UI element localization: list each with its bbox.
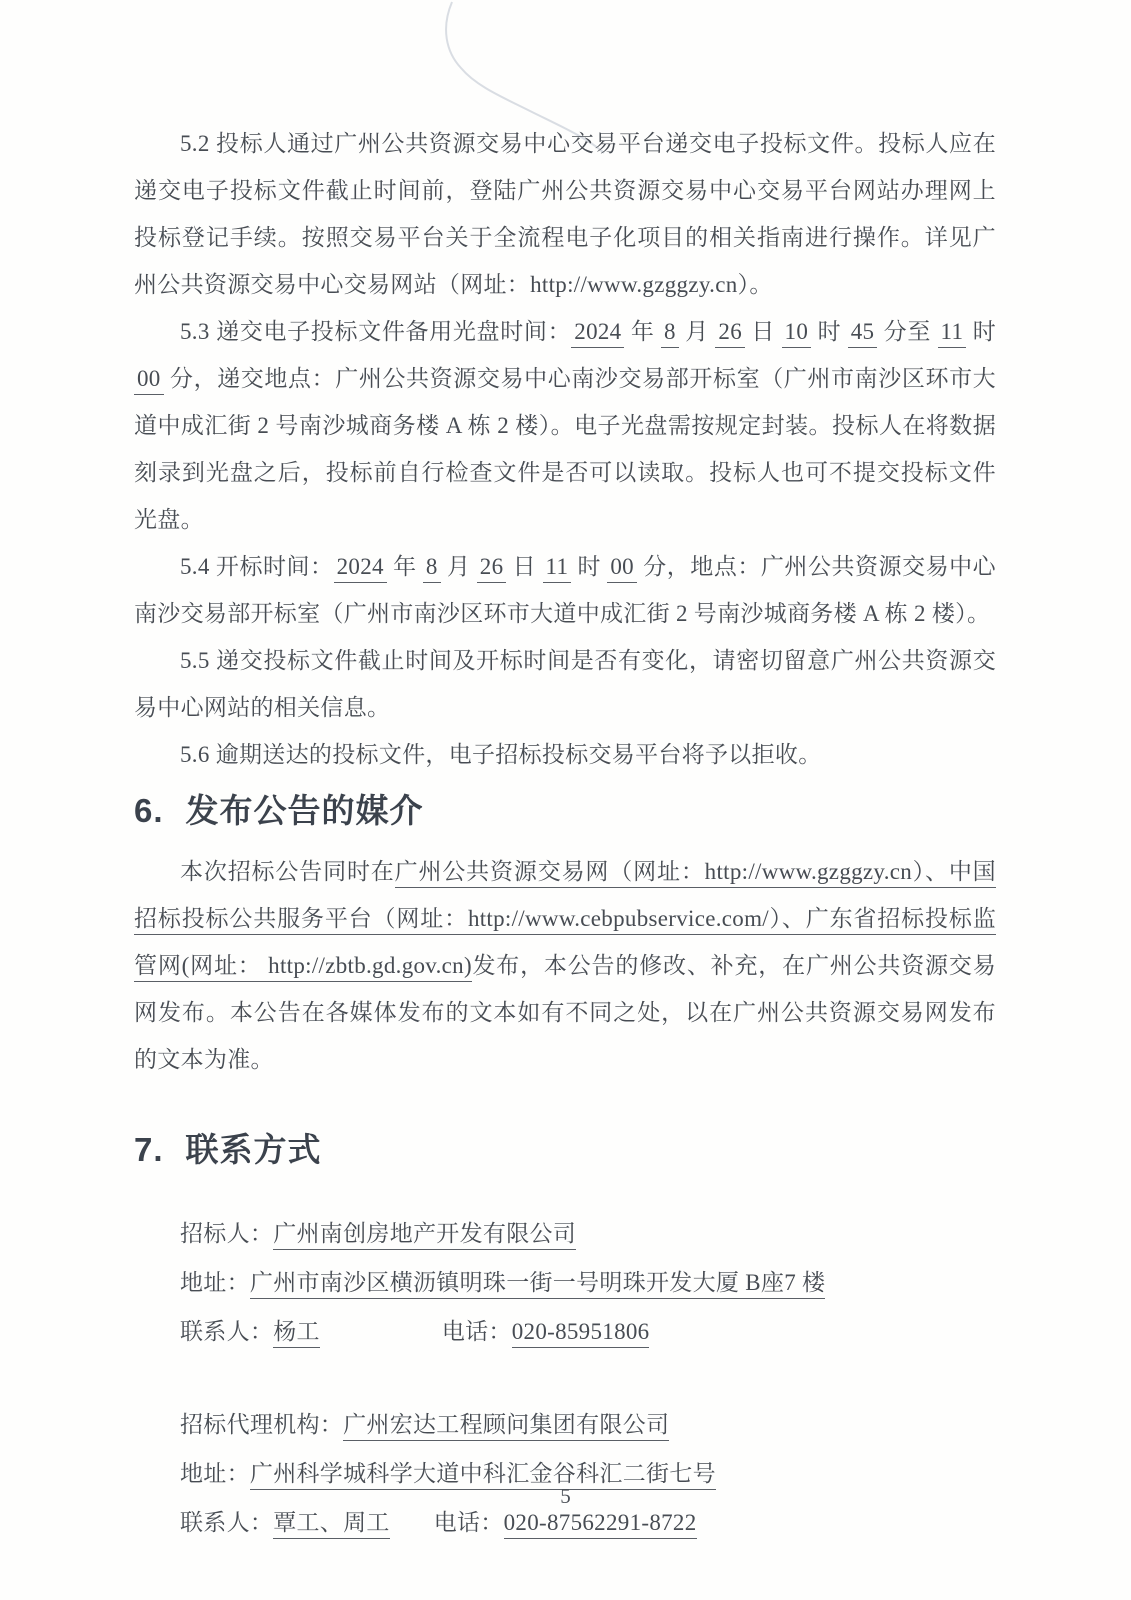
paragraph-5-3: 5.3 递交电子投标文件备用光盘时间：2024 年 8 月 26 日 10 时 …	[134, 308, 996, 543]
text-run: 5.5 递交投标文件截止时间及开标时间是否有变化，请密切留意广州公共资源交易中心…	[134, 648, 996, 720]
agency-name: 广州宏达工程顾问集团有限公司	[343, 1412, 669, 1441]
text-run: 年	[387, 554, 423, 579]
underlined-hour-end: 11	[938, 319, 967, 348]
document-content: 5.2 投标人通过广州公共资源交易中心交易平台递交电子投标文件。投标人应在递交电…	[134, 120, 996, 1547]
underlined-minute-end: 00	[134, 366, 164, 395]
section-7-heading: 7.联系方式	[134, 1127, 996, 1173]
tenderer-contact-block: 招标人：广州南创房地产开发有限公司 地址：广州市南沙区横沥镇明珠一街一号明珠开发…	[134, 1209, 996, 1356]
underlined-year: 2024	[334, 554, 387, 583]
text-run: 月	[679, 319, 716, 344]
contact-person-label: 联系人：	[180, 1319, 273, 1344]
text-run: 5.2 投标人通过广州公共资源交易中心交易平台递交电子投标文件。投标人应在递交电…	[134, 131, 996, 297]
underlined-day: 26	[715, 319, 745, 348]
section-6-heading: 6.发布公告的媒介	[134, 788, 996, 834]
text-run: 日	[745, 319, 782, 344]
paragraph-5-5: 5.5 递交投标文件截止时间及开标时间是否有变化，请密切留意广州公共资源交易中心…	[134, 637, 996, 731]
scanned-document-page: 5.2 投标人通过广州公共资源交易中心交易平台递交电子投标文件。投标人应在递交电…	[0, 0, 1131, 1600]
paragraph-5-6: 5.6 逾期送达的投标文件，电子招标投标交易平台将予以拒收。	[134, 731, 996, 778]
text-run: 分至	[877, 319, 937, 344]
text-run: 月	[441, 554, 477, 579]
text-run: 日	[506, 554, 542, 579]
tenderer-contact-person: 杨工	[273, 1319, 320, 1348]
section-6-title: 发布公告的媒介	[186, 792, 424, 829]
agency-phone-number: 020-87562291-8722	[504, 1510, 697, 1539]
tenderer-name: 广州南创房地产开发有限公司	[273, 1221, 576, 1250]
text-run: 分，递交地点：广州公共资源交易中心南沙交易部开标室（广州市南沙区环市大道中成汇街…	[134, 366, 996, 532]
underlined-day: 26	[477, 554, 507, 583]
text-run: 时	[966, 319, 996, 344]
tenderer-address: 广州市南沙区横沥镇明珠一街一号明珠开发大厦 B座7 楼	[250, 1270, 825, 1299]
tenderer-contact-row: 联系人：杨工电话：020-85951806	[180, 1307, 996, 1356]
phone-label: 电话：	[434, 1510, 504, 1535]
underlined-hour-start: 10	[782, 319, 812, 348]
section-7-number: 7.	[134, 1131, 164, 1168]
text-run: 时	[811, 319, 848, 344]
section-7-title: 联系方式	[186, 1131, 322, 1168]
text-run: 年	[624, 319, 661, 344]
contact-person-label: 联系人：	[180, 1510, 273, 1535]
underlined-month: 8	[423, 554, 441, 583]
agency-contact-persons: 覃工、周工	[273, 1510, 390, 1539]
underlined-year: 2024	[571, 319, 624, 348]
address-label: 地址：	[180, 1270, 250, 1295]
paragraph-6: 本次招标公告同时在广州公共资源交易网（网址：http://www.gzggzy.…	[134, 848, 996, 1083]
section-6-number: 6.	[134, 792, 164, 829]
underlined-month: 8	[661, 319, 679, 348]
text-run: 时	[571, 554, 607, 579]
tenderer-label: 招标人：	[180, 1221, 273, 1246]
agency-name-row: 招标代理机构：广州宏达工程顾问集团有限公司	[180, 1400, 996, 1449]
agency-contact-block: 招标代理机构：广州宏达工程顾问集团有限公司 地址：广州科学城科学大道中科汇金谷科…	[134, 1400, 996, 1547]
page-number: 5	[0, 1484, 1131, 1509]
text-run: 本次招标公告同时在	[180, 859, 395, 884]
tenderer-phone-number: 020-85951806	[512, 1319, 650, 1348]
tenderer-name-row: 招标人：广州南创房地产开发有限公司	[180, 1209, 996, 1258]
underlined-minute-start: 45	[848, 319, 878, 348]
phone-label: 电话：	[442, 1319, 512, 1344]
text-run: 5.6 逾期送达的投标文件，电子招标投标交易平台将予以拒收。	[180, 742, 822, 767]
paragraph-5-2: 5.2 投标人通过广州公共资源交易中心交易平台递交电子投标文件。投标人应在递交电…	[134, 120, 996, 308]
agency-label: 招标代理机构：	[180, 1412, 343, 1437]
paragraph-5-4: 5.4 开标时间：2024 年 8 月 26 日 11 时 00 分，地点：广州…	[134, 543, 996, 637]
underlined-minute: 00	[607, 554, 637, 583]
text-run: 5.3 递交电子投标文件备用光盘时间：	[180, 319, 571, 344]
underlined-hour: 11	[543, 554, 572, 583]
tenderer-address-row: 地址：广州市南沙区横沥镇明珠一街一号明珠开发大厦 B座7 楼	[180, 1258, 996, 1307]
address-label: 地址：	[180, 1461, 250, 1486]
text-run: 5.4 开标时间：	[180, 554, 334, 579]
